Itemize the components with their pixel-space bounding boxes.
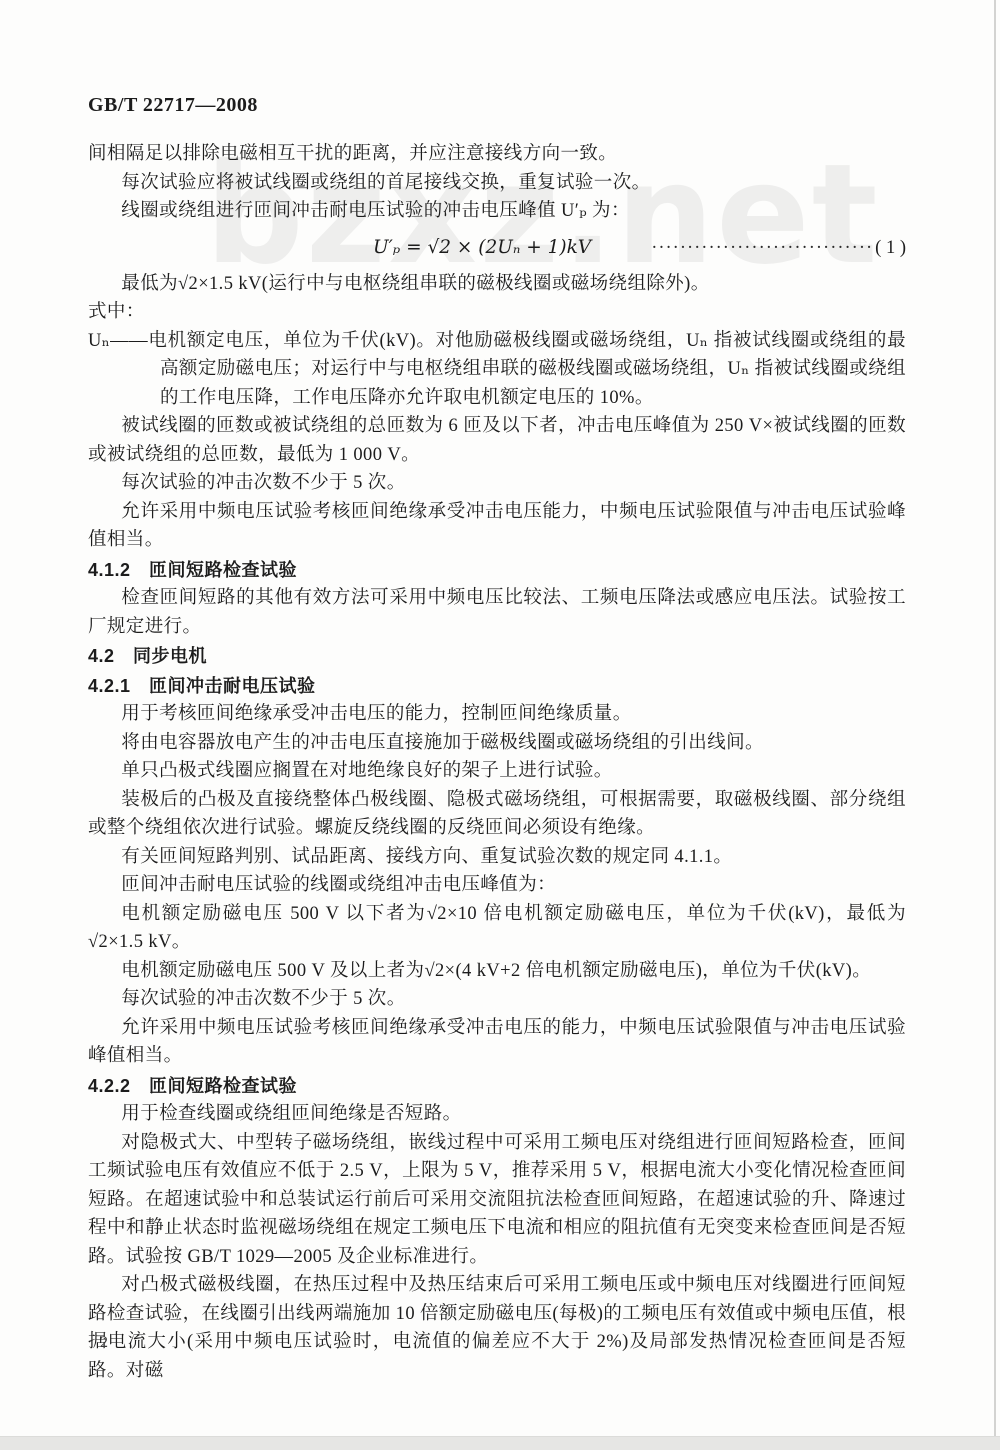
page-number: 2 <box>100 1334 108 1352</box>
section-heading-4-2-2: 4.2.2 匝间短路检查试验 <box>88 1072 906 1101</box>
section-heading-4-2-1: 4.2.1 匝间冲击耐电压试验 <box>88 672 906 701</box>
paragraph: 每次试验的冲击次数不少于 5 次。 <box>88 985 906 1014</box>
paragraph: 电机额定励磁电压 500 V 及以上者为√2×(4 kV+2 倍电机额定励磁电压… <box>88 957 906 986</box>
paragraph: 允许采用中频电压试验考核匝间绝缘承受冲击电压的能力，中频电压试验限值与冲击电压试… <box>88 1014 906 1071</box>
standard-code-header: GB/T 22717—2008 <box>88 94 258 117</box>
section-heading-4-2: 4.2 同步电机 <box>88 642 906 671</box>
section-heading-4-1-2: 4.1.2 匝间短路检查试验 <box>88 556 906 585</box>
paragraph: 每次试验应将被试线圈或绕组的首尾接线交换，重复试验一次。 <box>88 169 906 198</box>
paragraph: 有关匝间短路判别、试品距离、接线方向、重复试验次数的规定同 4.1.1。 <box>88 843 906 872</box>
scanned-document-page: bzxz.net GB/T 22717—2008 间相隔足以排除电磁相互干扰的距… <box>0 0 1000 1450</box>
paragraph: 单只凸极式线圈应搁置在对地绝缘良好的架子上进行试验。 <box>88 757 906 786</box>
formula-line: U′ₚ = √2 × (2Uₙ + 1)kV ·················… <box>88 233 906 263</box>
paragraph: 被试线圈的匝数或被试绕组的总匝数为 6 匝及以下者，冲击电压峰值为 250 V×… <box>88 412 906 469</box>
symbol-definition: Uₙ——电机额定电压，单位为千伏(kV)。对他励磁极线圈或磁场绕组，Uₙ 指被试… <box>88 327 906 413</box>
paragraph: 对凸极式磁极线圈，在热压过程中及热压结束后可采用工频电压或中频电压对线圈进行匝间… <box>88 1271 906 1385</box>
paragraph: 允许采用中频电压试验考核匝间绝缘承受冲击电压能力，中频电压试验限值与冲击电压试验… <box>88 498 906 555</box>
paragraph: 式中： <box>88 298 906 327</box>
paragraph: 线圈或绕组进行匝间冲击耐电压试验的冲击电压峰值 U′ₚ 为： <box>88 197 906 226</box>
paragraph: 用于考核匝间绝缘承受冲击电压的能力，控制匝间绝缘质量。 <box>88 700 906 729</box>
paragraph: 装极后的凸极及直接绕整体凸极线圈、隐极式磁场绕组，可根据需要，取磁极线圈、部分绕… <box>88 786 906 843</box>
page-bottom-edge-shadow <box>0 1436 1000 1450</box>
paragraph: 将由电容器放电产生的冲击电压直接施加于磁极线圈或磁场绕组的引出线间。 <box>88 729 906 758</box>
paragraph: 用于检查线圈或绕组匝间绝缘是否短路。 <box>88 1100 906 1129</box>
document-body: 间相隔足以排除电磁相互干扰的距离，并应注意接线方向一致。 每次试验应将被试线圈或… <box>88 140 906 1385</box>
paragraph: 检查匝间短路的其他有效方法可采用中频电压比较法、工频电压降法或感应电压法。试验按… <box>88 584 906 641</box>
page-right-edge-shadow <box>994 0 996 1450</box>
paragraph: 匝间冲击耐电压试验的线圈或绕组冲击电压峰值为： <box>88 871 906 900</box>
formula-expression: U′ₚ = √2 × (2Uₙ + 1)kV <box>373 233 591 263</box>
paragraph: 电机额定励磁电压 500 V 以下者为√2×10 倍电机额定励磁电压，单位为千伏… <box>88 900 906 957</box>
formula-dot-leader: ······························· <box>591 233 873 263</box>
paragraph: 间相隔足以排除电磁相互干扰的距离，并应注意接线方向一致。 <box>88 140 906 169</box>
paragraph: 最低为√2×1.5 kV(运行中与电枢绕组串联的磁极线圈或磁场绕组除外)。 <box>88 270 906 299</box>
equation-number: ( 1 ) <box>873 233 906 263</box>
paragraph: 对隐极式大、中型转子磁场绕组，嵌线过程中可采用工频电压对绕组进行匝间短路检查，匝… <box>88 1129 906 1272</box>
paragraph: 每次试验的冲击次数不少于 5 次。 <box>88 469 906 498</box>
